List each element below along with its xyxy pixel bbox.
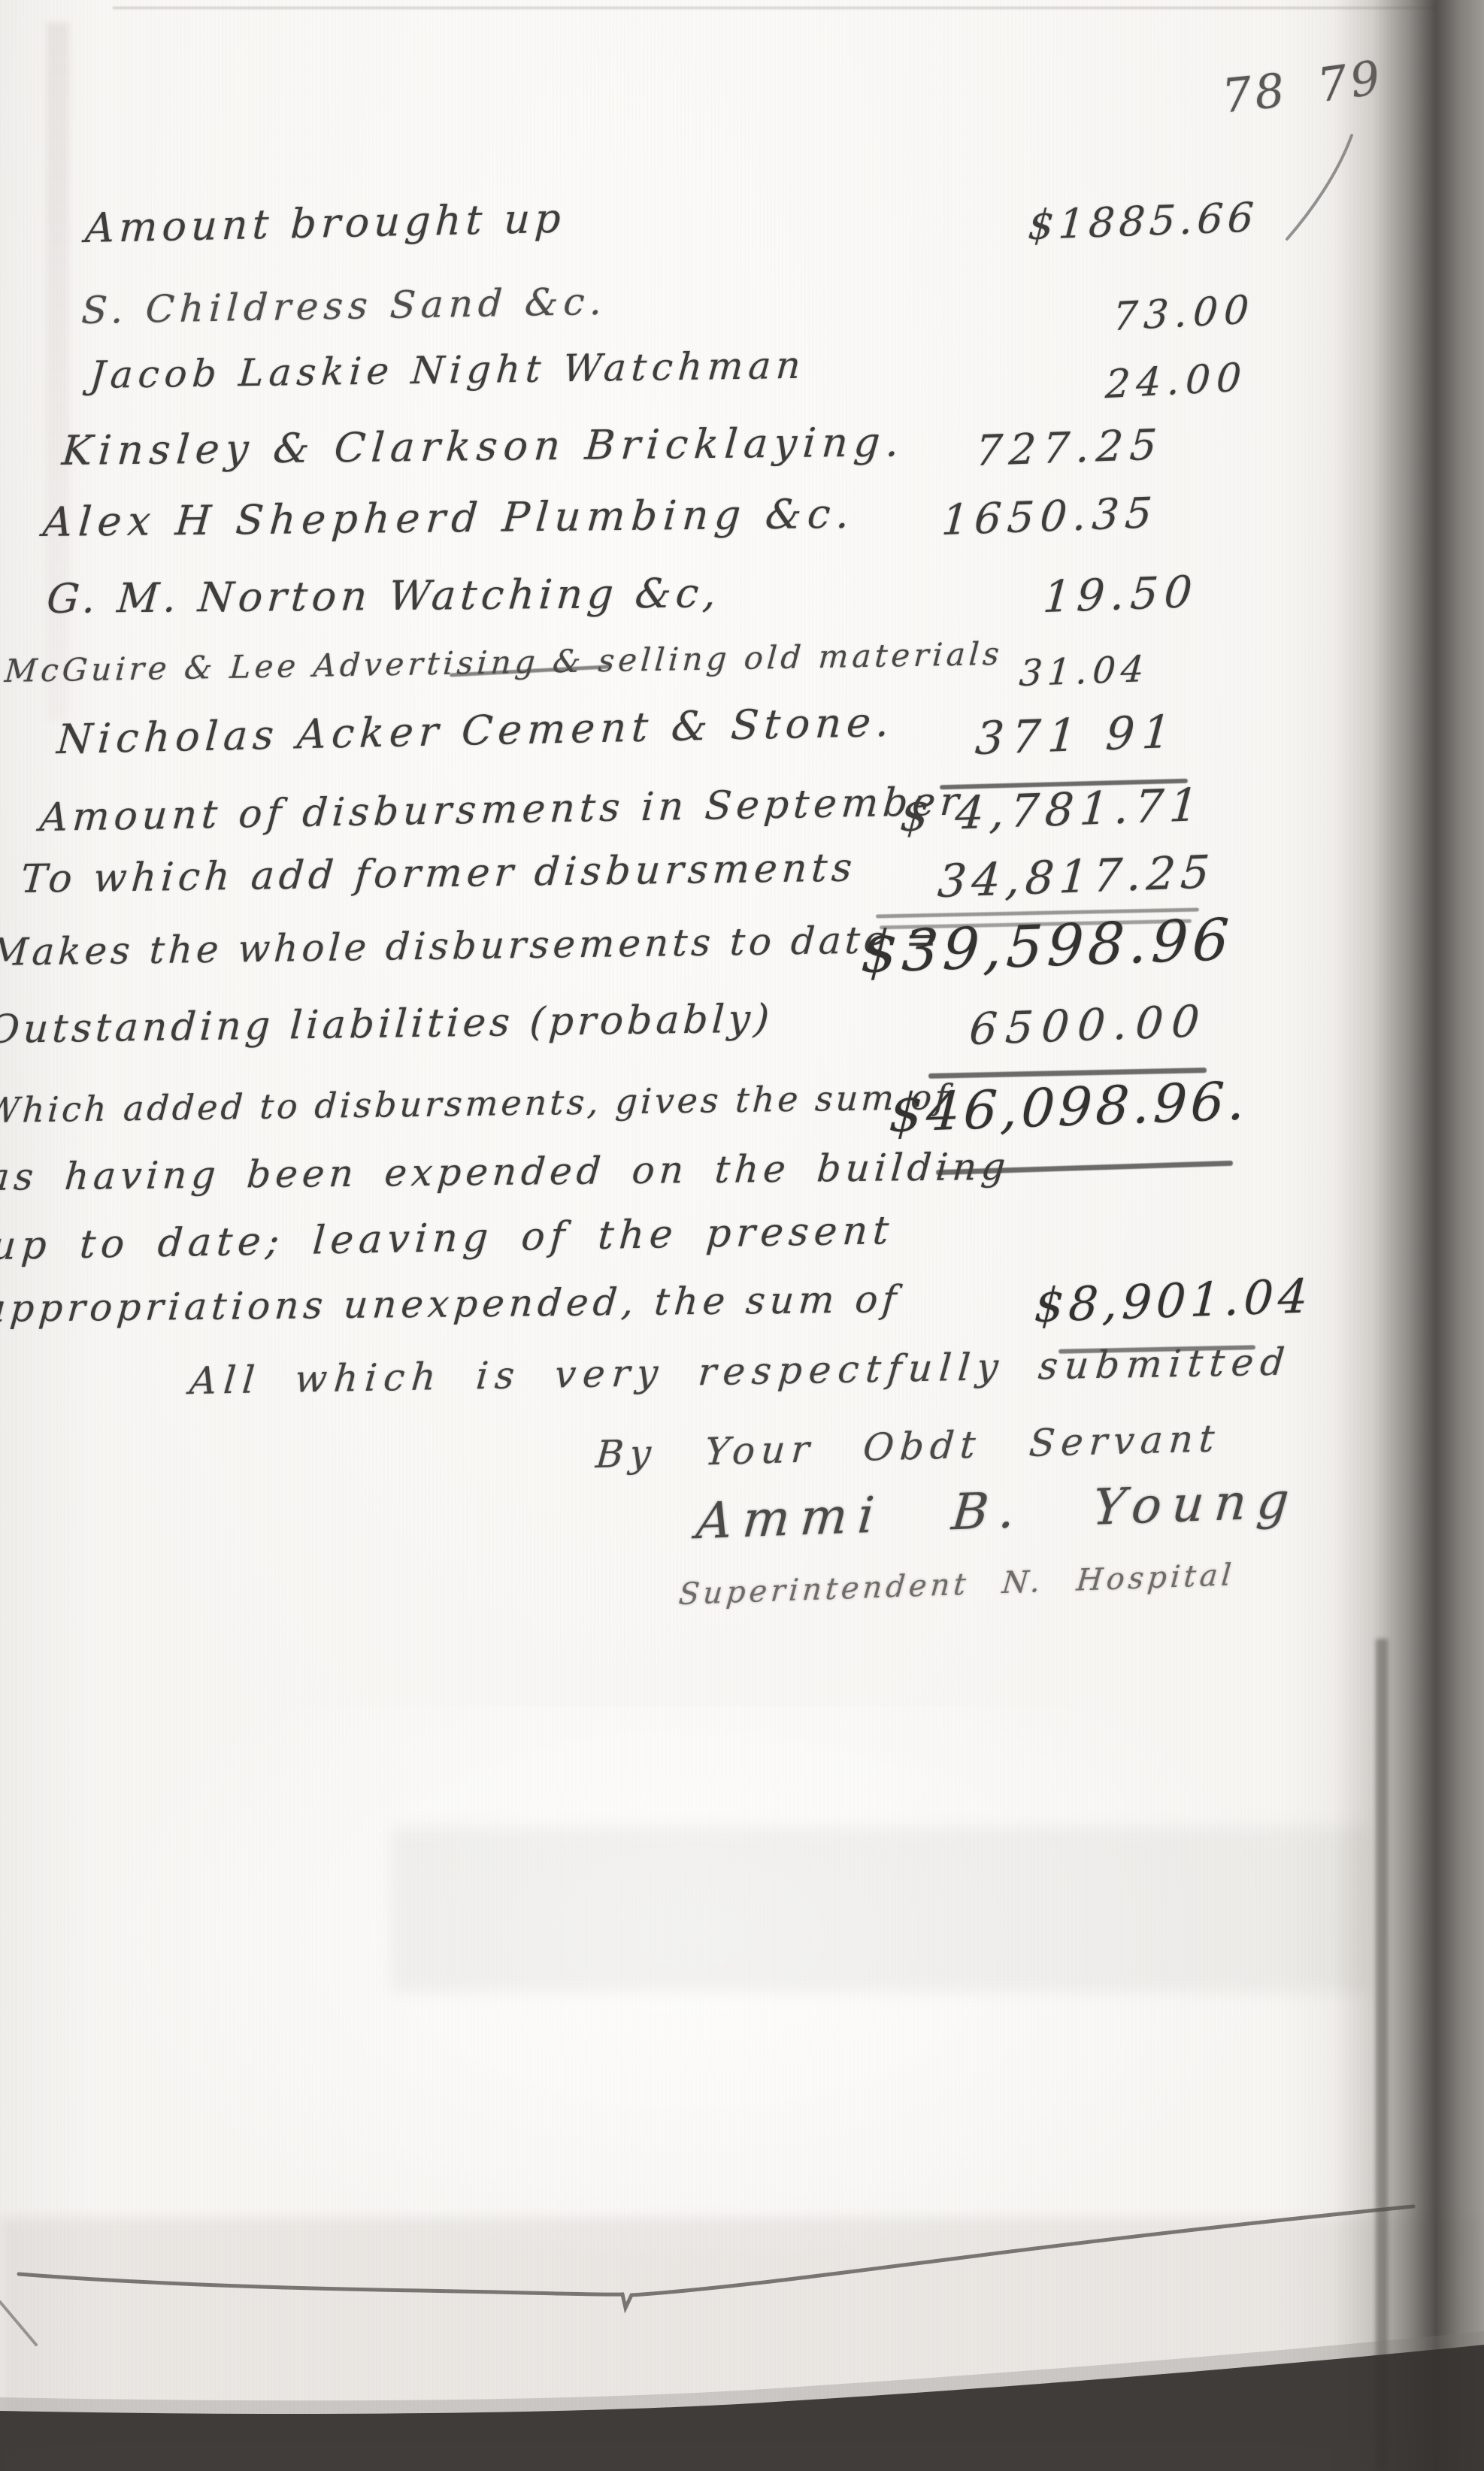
ledger-row-description: Which added to disbursments, gives the s… (0, 1077, 952, 1131)
ledger-row-description: up to date; leaving of the present (0, 1208, 895, 1269)
ledger-row-amount: 31.04 (1018, 648, 1150, 695)
ledger-row-amount: $ 4,781.71 (898, 779, 1206, 842)
ledger-row-amount: $46,098.96. (888, 1070, 1250, 1144)
pen-flourishes (0, 0, 1484, 376)
ledger-row-amount: 6500.00 (968, 995, 1209, 1055)
ledger-row-description: G. M. Norton Watching &c, (45, 569, 722, 622)
page-bottom-edge (0, 2155, 1484, 2471)
ledger-row-amount: 371 91 (974, 706, 1180, 766)
closing-salutation: By Your Obdt Servant (594, 1416, 1222, 1476)
ledger-row-description: Kinsley & Clarkson Bricklaying. (60, 418, 907, 474)
signature: Ammi B. Young (694, 1471, 1301, 1550)
ledger-row-description: Outstanding liabilities (probably) (0, 996, 774, 1052)
ledger-row-amount: $8,901.04 (1033, 1268, 1313, 1333)
signature-title: Superintendent N. Hospital (677, 1558, 1237, 1612)
ledger-row-description: Amount of disbursments in September (38, 780, 965, 841)
ledger-row-amount: 34,817.25 (936, 846, 1216, 908)
ledger-row-description: To which add former disbursments (20, 845, 859, 902)
scan-shadow-wash (391, 1827, 1368, 1992)
ledger-row-amount: $39,598.96 (859, 906, 1235, 986)
ledger-row-description: Makes the whole disbursements to date = (0, 917, 942, 974)
ledger-row-description: Nicholas Acker Cement & Stone. (56, 698, 896, 763)
ledger-row-description: McGuire & Lee Advertising & selling old … (4, 635, 1004, 689)
closing-statement: All which is very respectfully submitted (188, 1340, 1293, 1403)
ledger-row-description: Alex H Shepherd Plumbing &c. (41, 490, 857, 546)
ledger-row-amount: 1650.35 (940, 489, 1159, 545)
scanned-ledger-page: 78 79 Amount brought up $1885.66 S. Chil… (0, 0, 1484, 2471)
ledger-row-description: appropriations unexpended, the sum of (0, 1277, 902, 1331)
ledger-row-amount: 727.25 (974, 420, 1164, 476)
ledger-row-description: as having been expended on the building (0, 1145, 1011, 1199)
ledger-row-amount: 19.50 (1041, 566, 1200, 622)
